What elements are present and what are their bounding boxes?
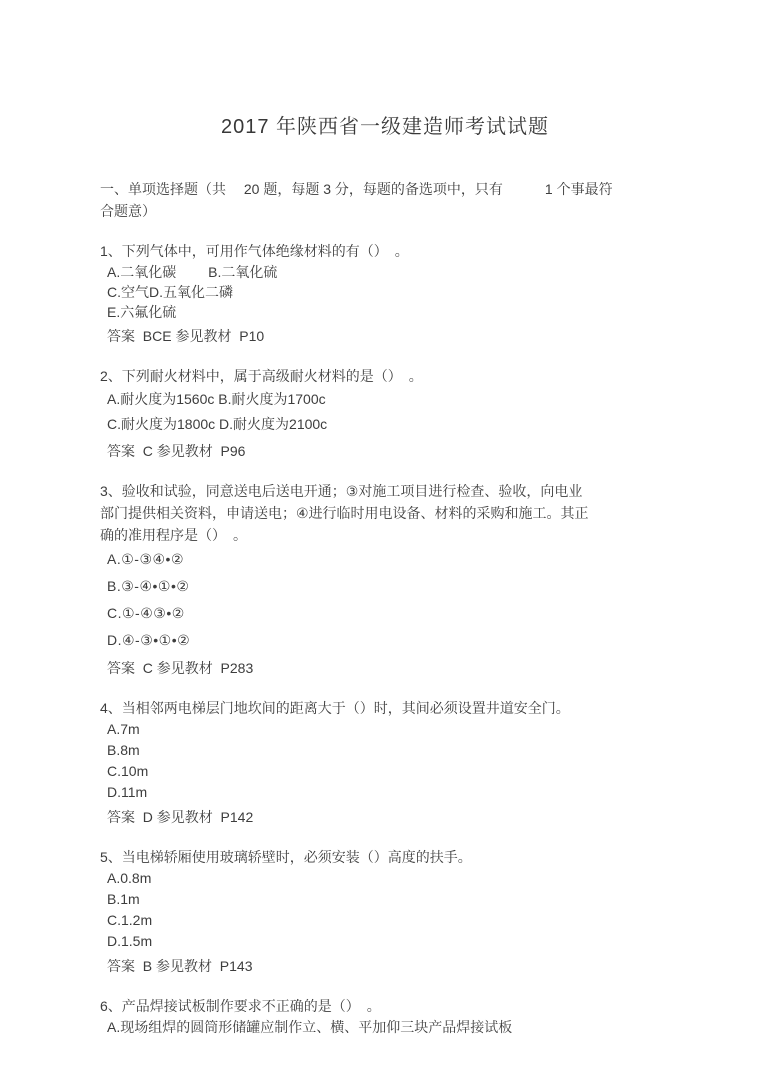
question-option-line: C.10m bbox=[100, 761, 670, 782]
section-heading-line: 合题意） bbox=[100, 200, 670, 222]
section-heading: 一、单项选择题（共 20 题，每题 3 分，每题的备选项中，只有 1 个事最符 … bbox=[100, 178, 670, 222]
question-option-line: A.耐火度为1560c B.耐火度为1700c bbox=[100, 387, 670, 412]
question-block-6: 6、产品焊接试板制作要求不正确的是（） 。 A.现场组焊的圆筒形储罐应制作立、横… bbox=[100, 995, 670, 1037]
question-answer-line: 答案 B 参见教材 P143 bbox=[100, 955, 670, 977]
document-page: 2017 年陕西省一级建造师考试试题 一、单项选择题（共 20 题，每题 3 分… bbox=[0, 0, 762, 1080]
question-answer-line: 答案 D 参见教材 P142 bbox=[100, 806, 670, 828]
question-option-line: C.空气D.五氧化二磷 bbox=[100, 282, 670, 302]
question-option-line: A.7m bbox=[100, 719, 670, 740]
question-option-line: E.六氟化硫 bbox=[100, 302, 670, 322]
question-option-line: D.11m bbox=[100, 782, 670, 803]
question-option-line: B.8m bbox=[100, 740, 670, 761]
question-stem-line: 1、下列气体中，可用作气体绝缘材料的有（） 。 bbox=[100, 240, 670, 262]
question-option-line: C.①-④③•② bbox=[100, 600, 670, 627]
question-answer-line: 答案 C 参见教材 P283 bbox=[100, 657, 670, 679]
question-stem-line: 3、验收和试验，同意送电后送电开通；③对施工项目进行检查、验收，向电业 bbox=[100, 480, 670, 502]
question-option-line: D.1.5m bbox=[100, 931, 670, 952]
question-stem-line: 4、当相邻两电梯层门地坎间的距离大于（）时，其间必须设置井道安全门。 bbox=[100, 697, 670, 719]
question-stem-line: 2、下列耐火材料中，属于高级耐火材料的是（） 。 bbox=[100, 365, 670, 387]
question-block-4: 4、当相邻两电梯层门地坎间的距离大于（）时，其间必须设置井道安全门。 A.7m … bbox=[100, 697, 670, 828]
question-block-3: 3、验收和试验，同意送电后送电开通；③对施工项目进行检查、验收，向电业 部门提供… bbox=[100, 480, 670, 679]
question-option-line: A.二氧化碳 B.二氧化硫 bbox=[100, 262, 670, 282]
question-block-5: 5、当电梯轿厢使用玻璃轿壁时，必须安装（）高度的扶手。 A.0.8m B.1m … bbox=[100, 846, 670, 977]
question-stem-line: 5、当电梯轿厢使用玻璃轿壁时，必须安装（）高度的扶手。 bbox=[100, 846, 670, 868]
section-heading-line: 一、单项选择题（共 20 题，每题 3 分，每题的备选项中，只有 1 个事最符 bbox=[100, 178, 670, 200]
question-option-line: B.③-④•①•② bbox=[100, 573, 670, 600]
question-option-line: A.0.8m bbox=[100, 868, 670, 889]
question-stem-line: 6、产品焊接试板制作要求不正确的是（） 。 bbox=[100, 995, 670, 1017]
question-block-2: 2、下列耐火材料中，属于高级耐火材料的是（） 。 A.耐火度为1560c B.耐… bbox=[100, 365, 670, 462]
question-answer-line: 答案 C 参见教材 P96 bbox=[100, 440, 670, 462]
question-option-line: D.④-③•①•② bbox=[100, 627, 670, 654]
question-block-1: 1、下列气体中，可用作气体绝缘材料的有（） 。 A.二氧化碳 B.二氧化硫 C.… bbox=[100, 240, 670, 347]
question-stem-line: 部门提供相关资料，申请送电；④进行临时用电设备、材料的采购和施工。其正 bbox=[100, 502, 670, 524]
question-option-line: A.①-③④•② bbox=[100, 546, 670, 573]
question-option-line: C.1.2m bbox=[100, 910, 670, 931]
question-option-line: B.1m bbox=[100, 889, 670, 910]
question-answer-line: 答案 BCE 参见教材 P10 bbox=[100, 325, 670, 347]
question-option-line: A.现场组焊的圆筒形储罐应制作立、横、平加仰三块产品焊接试板 bbox=[100, 1017, 670, 1037]
question-stem-line: 确的准用程序是（） 。 bbox=[100, 524, 670, 546]
doc-title: 2017 年陕西省一级建造师考试试题 bbox=[100, 112, 670, 142]
question-option-line: C.耐火度为1800c D.耐火度为2100c bbox=[100, 412, 670, 437]
